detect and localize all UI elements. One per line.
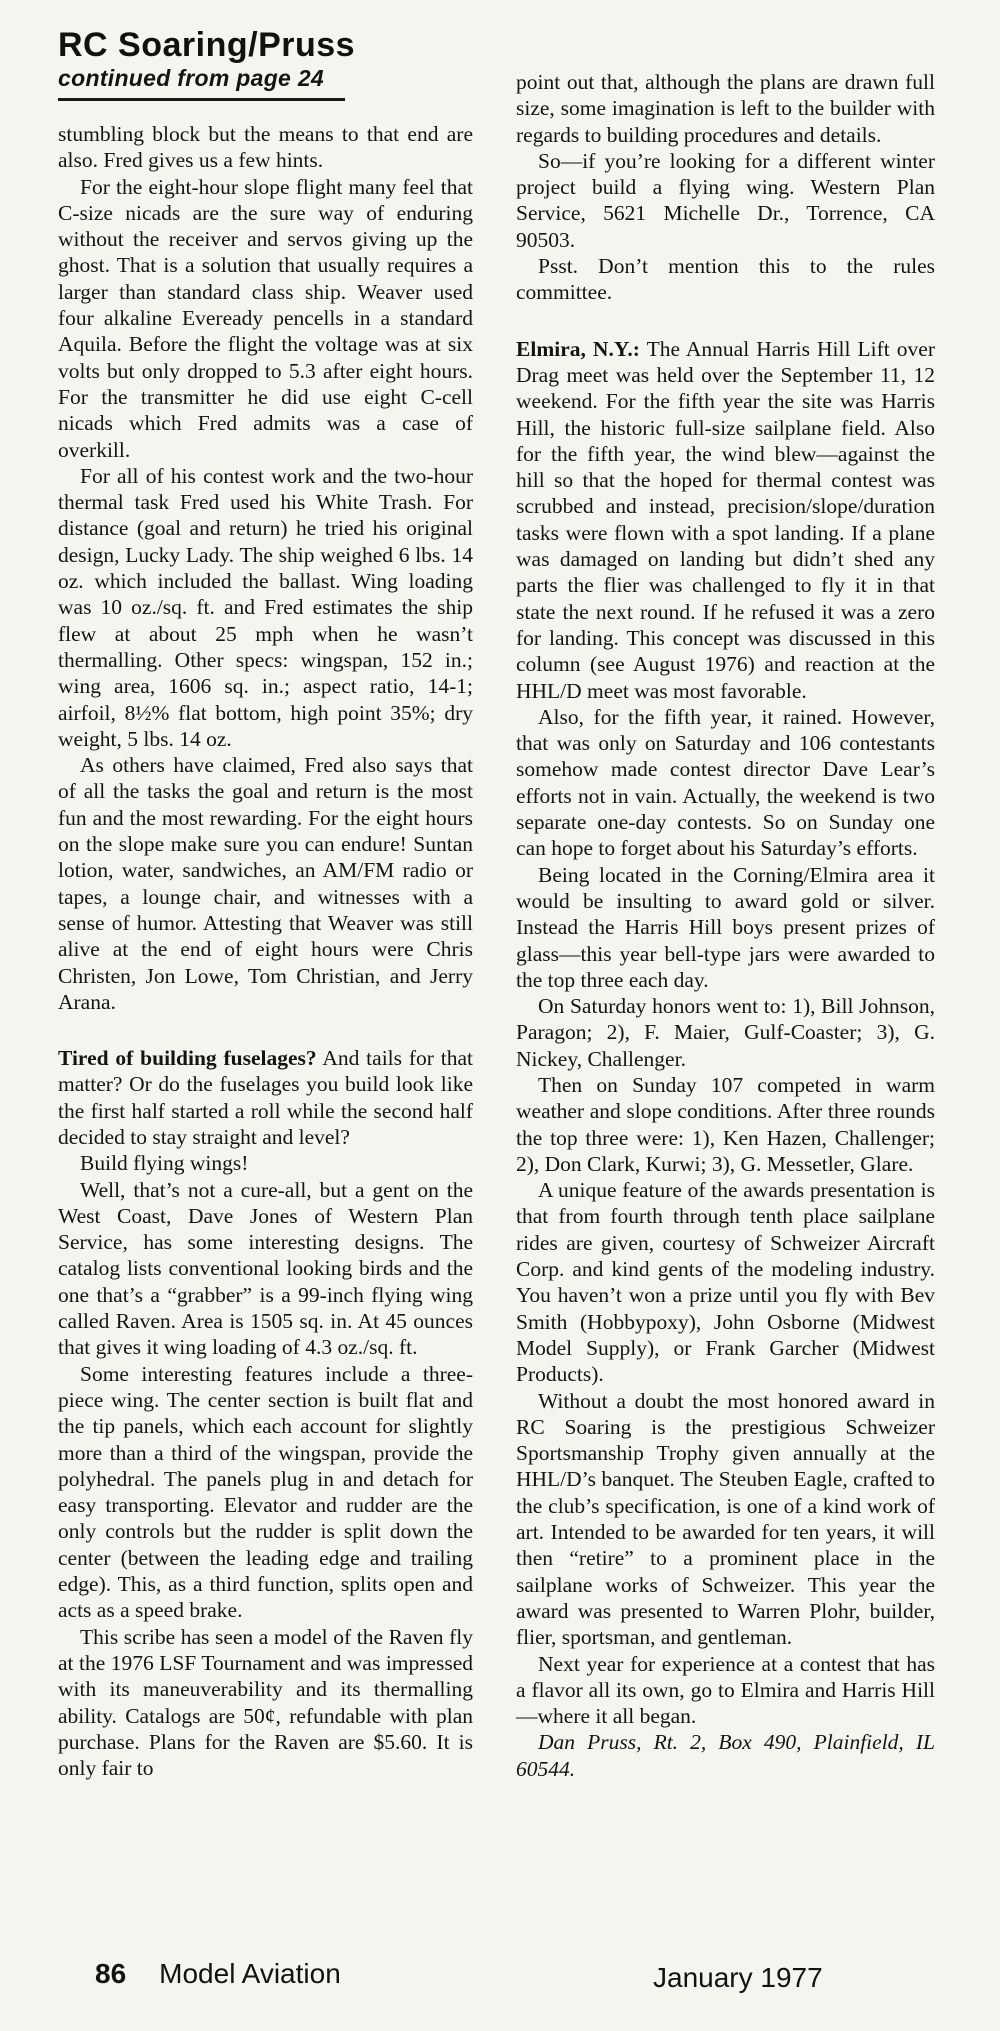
body-paragraph: A unique feature of the awards presentat… bbox=[516, 1177, 935, 1387]
magazine-title: Model Aviation bbox=[159, 1958, 341, 1989]
body-paragraph: Also, for the fifth year, it rained. How… bbox=[516, 704, 935, 862]
article-header: RC Soaring/Pruss continued from page 24 bbox=[58, 27, 355, 101]
body-paragraph: Without a doubt the most honored award i… bbox=[516, 1388, 935, 1651]
body-paragraph: As others have claimed, Fred also says t… bbox=[58, 752, 473, 1015]
body-paragraph: For all of his contest work and the two-… bbox=[58, 463, 473, 752]
body-paragraph: stumbling block but the means to that en… bbox=[58, 121, 473, 174]
body-paragraph: This scribe has seen a model of the Rave… bbox=[58, 1624, 473, 1782]
body-paragraph: Well, that’s not a cure-all, but a gent … bbox=[58, 1177, 473, 1361]
body-paragraph: Being located in the Corning/Elmira area… bbox=[516, 862, 935, 993]
body-paragraph: Next year for experience at a contest th… bbox=[516, 1651, 935, 1730]
page-number: 86 bbox=[95, 1958, 126, 1989]
body-paragraph: Then on Sunday 107 competed in warm weat… bbox=[516, 1072, 935, 1177]
body-paragraph: Some interesting features include a thre… bbox=[58, 1361, 473, 1624]
section-paragraph: Tired of building fuselages? And tails f… bbox=[58, 1045, 473, 1150]
section-lead: Elmira, N.Y.: bbox=[516, 337, 640, 361]
body-paragraph: On Saturday honors went to: 1), Bill Joh… bbox=[516, 993, 935, 1072]
byline-paragraph: Dan Pruss, Rt. 2, Box 490, Plainfield, I… bbox=[516, 1729, 935, 1782]
body-paragraph: point out that, although the plans are d… bbox=[516, 69, 935, 148]
header-rule bbox=[58, 98, 345, 101]
body-paragraph: For the eight-hour slope flight many fee… bbox=[58, 174, 473, 463]
section-lead: Tired of building fuselages? bbox=[58, 1046, 317, 1070]
section-paragraph: Elmira, N.Y.: The Annual Harris Hill Lif… bbox=[516, 336, 935, 704]
left-column: stumbling block but the means to that en… bbox=[58, 121, 473, 1781]
article-title: RC Soaring/Pruss bbox=[58, 27, 355, 63]
right-column: point out that, although the plans are d… bbox=[516, 69, 935, 1782]
issue-date: January 1977 bbox=[653, 1963, 823, 1993]
body-paragraph: Build flying wings! bbox=[58, 1150, 473, 1176]
footer-left: 86Model Aviation bbox=[95, 1959, 341, 1989]
magazine-page: RC Soaring/Pruss continued from page 24 … bbox=[0, 0, 1000, 2031]
body-paragraph: So—if you’re looking for a different win… bbox=[516, 148, 935, 253]
continued-from-note: continued from page 24 bbox=[58, 66, 355, 91]
body-paragraph: Psst. Don’t mention this to the rules co… bbox=[516, 253, 935, 306]
